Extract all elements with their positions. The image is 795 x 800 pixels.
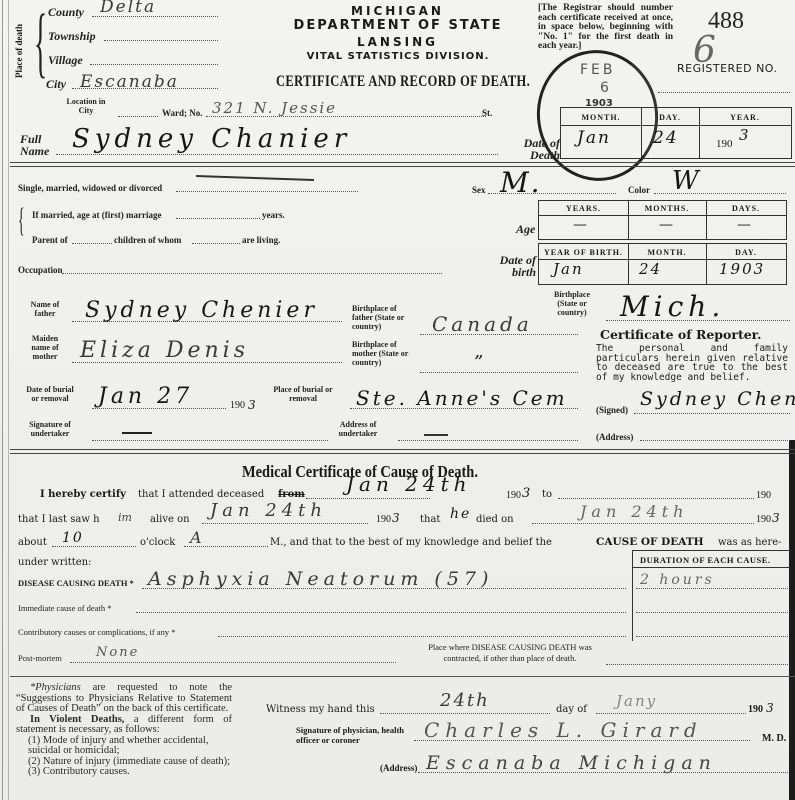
undertaker-signature-value[interactable] (122, 432, 152, 434)
dob-day-header: DAY. (706, 248, 786, 257)
certify-bold: I hereby certify (40, 489, 126, 500)
father-birthplace-label: Birthplace of father (State or country) (352, 304, 412, 331)
physician-signature-value[interactable]: Charles L. Girard (424, 718, 703, 742)
father-name-value[interactable]: Sydney Chenier (85, 298, 318, 323)
immediate-duration-field[interactable] (636, 612, 788, 613)
physician-signature-label: Signature of physician, health officer o… (296, 725, 408, 745)
dob-day-value[interactable]: 1903 (719, 260, 765, 278)
last-seen-year-prefix: 190 (376, 514, 391, 525)
to-label: to (542, 489, 552, 500)
day-of-label: day of (556, 704, 587, 715)
stamp-day: 6 (600, 80, 609, 96)
contributory-duration-field[interactable] (636, 636, 788, 637)
header-city: LANSING (280, 35, 515, 49)
witness-month-value[interactable]: Jany (616, 692, 657, 710)
alive-on-label: alive on (150, 514, 190, 525)
attended-to-field[interactable] (558, 498, 754, 499)
burial-date-label: Date of burial or removal (22, 385, 78, 403)
place-contracted-label: Place where DISEASE CAUSING DEATH was co… (410, 642, 610, 664)
footnote-physicians: *Physicians (30, 682, 81, 693)
age-at-marriage-label: If married, age at (first) marriage (32, 210, 161, 220)
pronoun-value[interactable]: he (450, 506, 471, 522)
witness-year-value[interactable]: 3 (766, 701, 774, 715)
contributory-label: Contributory causes or complications, if… (18, 627, 175, 637)
place-brace: { (34, 2, 47, 82)
document-title: CERTIFICATE AND RECORD OF DEATH. (276, 73, 530, 91)
village-label: Village (48, 53, 83, 68)
ampm-value[interactable]: A (190, 528, 204, 547)
died-year-value[interactable]: 3 (772, 511, 780, 525)
reporter-address-label: (Address) (596, 432, 633, 442)
burial-place-value[interactable]: Ste. Anne's Cem (356, 386, 568, 410)
death-certificate: MICHIGAN DEPARTMENT OF STATE LANSING VIT… (0, 0, 795, 800)
last-seen-year-value[interactable]: 3 (392, 511, 400, 525)
witness-label: Witness my hand this (266, 704, 375, 715)
header-state: MICHIGAN (280, 4, 515, 18)
place-contracted-field[interactable] (606, 664, 788, 665)
was-as-label: was as here- (718, 537, 782, 548)
undertaker-address-value[interactable] (424, 434, 448, 436)
parent-of-label: Parent of (32, 235, 68, 245)
footnote-violent-deaths: In Violent Deaths, (30, 714, 124, 725)
attended-year-prefix: 190 (506, 490, 521, 501)
undertaker-address-label: Address of undertaker (330, 420, 386, 438)
cause-of-death-label: CAUSE OF DEATH (596, 536, 704, 548)
city-value[interactable]: Escanaba (80, 72, 179, 92)
birthplace-label: Birthplace (State or country) (548, 290, 596, 317)
place-of-death-side-label: Place of death (14, 24, 24, 78)
dod-month-value[interactable]: Jan (577, 128, 611, 148)
disease-value[interactable]: Asphyxia Neatorum (57) (148, 568, 493, 590)
age-at-marriage-suffix: years. (262, 210, 285, 220)
mother-birthplace-label: Birthplace of mother (State or country) (352, 340, 412, 367)
dod-year-prefix: 190 (716, 138, 733, 150)
age-years-value[interactable]: — (573, 217, 587, 233)
died-on-label: died on (476, 514, 514, 525)
hour-value[interactable]: 10 (62, 530, 84, 546)
color-value[interactable]: W (672, 166, 701, 196)
md-label: M. D. (762, 733, 786, 744)
postmortem-label: Post-mortem (18, 653, 62, 663)
age-years-header: YEARS. (539, 204, 628, 213)
date-of-death-table: MONTH. DAY. YEAR. Jan 24 190 3 (560, 107, 792, 159)
physician-footnote: *Physicians are requested to note the “S… (16, 683, 232, 778)
immediate-cause-label: Immediate cause of death * (18, 603, 111, 613)
attended-from-value[interactable]: Jan 24th (346, 472, 472, 496)
duration-header: DURATION OF EACH CAUSE. (640, 555, 771, 565)
village-field[interactable] (90, 64, 218, 65)
stamp-month: FEB (580, 62, 616, 78)
are-living-label: are living. (242, 235, 280, 245)
location-label: Location in City (62, 97, 110, 115)
city-label: City (46, 77, 66, 92)
township-label: Township (48, 29, 96, 44)
sex-label: Sex (472, 185, 486, 195)
undertaker-signature-label: Signature of undertaker (22, 420, 78, 438)
from-struck: from (278, 489, 305, 500)
children-count-field[interactable] (72, 243, 112, 244)
reporter-signed-label: (Signed) (596, 405, 628, 415)
date-of-death-label: Date of Death (512, 137, 560, 161)
postmortem-value[interactable]: None (96, 645, 139, 660)
township-field[interactable] (104, 40, 218, 41)
reporter-statement: The personal and family particulars here… (596, 344, 788, 382)
left-border (2, 0, 9, 800)
dod-month-header: MONTH. (561, 113, 641, 122)
last-seen-value[interactable]: Jan 24th (210, 500, 327, 521)
marital-label: Single, married, widowed or divorced (18, 183, 162, 193)
father-birthplace-value[interactable]: Canada (432, 312, 533, 336)
county-label: County (48, 5, 84, 20)
burial-year-prefix: 190 (230, 400, 245, 411)
county-value[interactable]: Delta (100, 0, 156, 17)
disease-duration-value[interactable]: 2 hours (640, 572, 715, 588)
age-at-marriage-field[interactable] (176, 218, 260, 219)
dod-year-header: YEAR. (699, 113, 791, 122)
date-of-birth-label: Date of birth (494, 254, 536, 278)
dod-day-header: DAY. (641, 113, 699, 122)
mother-label: Maiden name of mother (22, 334, 68, 361)
immediate-cause-field[interactable] (136, 612, 626, 613)
witness-day-value[interactable]: 24th (440, 690, 490, 711)
registered-no-value: 6 (693, 30, 718, 71)
dod-day-value[interactable]: 24 (653, 128, 679, 148)
age-months-header: MONTHS. (628, 204, 706, 213)
about-label: about (18, 537, 47, 548)
that-label: that (420, 514, 440, 525)
header-division: VITAL STATISTICS DIVISION. (268, 51, 528, 62)
to-year-prefix: 190 (756, 490, 771, 501)
burial-date-value[interactable]: Jan 27 (98, 384, 193, 409)
children-living-field[interactable] (192, 243, 240, 244)
age-days-header: DAYS. (706, 204, 786, 213)
marital-value-dash (196, 175, 314, 181)
physician-address-value[interactable]: Escanaba Michigan (426, 752, 717, 774)
age-months-value[interactable]: — (659, 217, 673, 233)
last-saw-label: that I last saw h (18, 514, 100, 525)
dob-year-value[interactable]: Jan (553, 260, 584, 278)
sex-value[interactable]: M. (500, 166, 542, 199)
full-name-label: Full Name (20, 133, 56, 157)
address-value[interactable]: 321 N. Jessie (212, 99, 337, 117)
disease-label: DISEASE CAUSING DEATH * (18, 578, 134, 588)
oclock-label: o'clock (140, 537, 175, 548)
attended-year-value[interactable]: 3 (522, 486, 530, 501)
age-days-value[interactable]: — (737, 217, 751, 233)
age-label: Age (516, 222, 535, 237)
ward-label: Ward; No. (162, 108, 203, 118)
mother-name-value[interactable]: Eliza Denis (80, 338, 249, 363)
knowledge-label: M., and that to the best of my knowledge… (270, 537, 552, 548)
age-table: YEARS. MONTHS. DAYS. — — — (538, 200, 787, 240)
dod-year-value[interactable]: 3 (739, 126, 751, 144)
burial-place-label: Place of burial or removal (270, 385, 336, 403)
burial-year-value[interactable]: 3 (248, 398, 256, 412)
header-department: DEPARTMENT OF STATE (268, 18, 528, 33)
attended-label: that I attended deceased (138, 489, 264, 500)
dob-month-value[interactable]: 24 (639, 260, 662, 278)
mother-birthplace-value[interactable]: ” (474, 352, 485, 373)
children-of-whom-label: children of whom (114, 235, 181, 245)
witness-year-prefix: 190 (748, 704, 763, 715)
dob-year-header: YEAR OF BIRTH. (539, 248, 628, 257)
died-year-prefix: 190 (756, 514, 771, 525)
reporter-address-field[interactable] (640, 440, 790, 441)
street-label: St. (482, 108, 492, 118)
birthplace-value[interactable]: Mich. (620, 290, 725, 323)
occupation-field[interactable] (62, 273, 442, 274)
dob-month-header: MONTH. (628, 248, 706, 257)
date-of-birth-table: YEAR OF BIRTH. MONTH. DAY. Jan 24 1903 (538, 243, 787, 285)
last-saw-pronoun[interactable]: im (118, 511, 132, 524)
occupation-label: Occupation (18, 265, 63, 275)
died-on-value[interactable]: Jan 24th (580, 502, 688, 521)
reporter-title: Certificate of Reporter. (600, 327, 761, 342)
father-label: Name of father (22, 300, 68, 318)
registrar-note: [The Registrar should number each certif… (538, 4, 673, 52)
reporter-signature[interactable]: Sydney Chenier (640, 388, 795, 410)
color-label: Color (628, 185, 650, 195)
full-name-value[interactable]: Sydney Chanier (72, 124, 351, 154)
physician-address-label: (Address) (380, 763, 417, 773)
footnote-item-3: (3) Contributory causes. (16, 767, 232, 778)
footnote-item-1: (1) Mode of injury and whether accidenta… (16, 736, 232, 757)
contributory-field[interactable] (218, 636, 626, 637)
under-written-label: under written: (18, 557, 91, 568)
